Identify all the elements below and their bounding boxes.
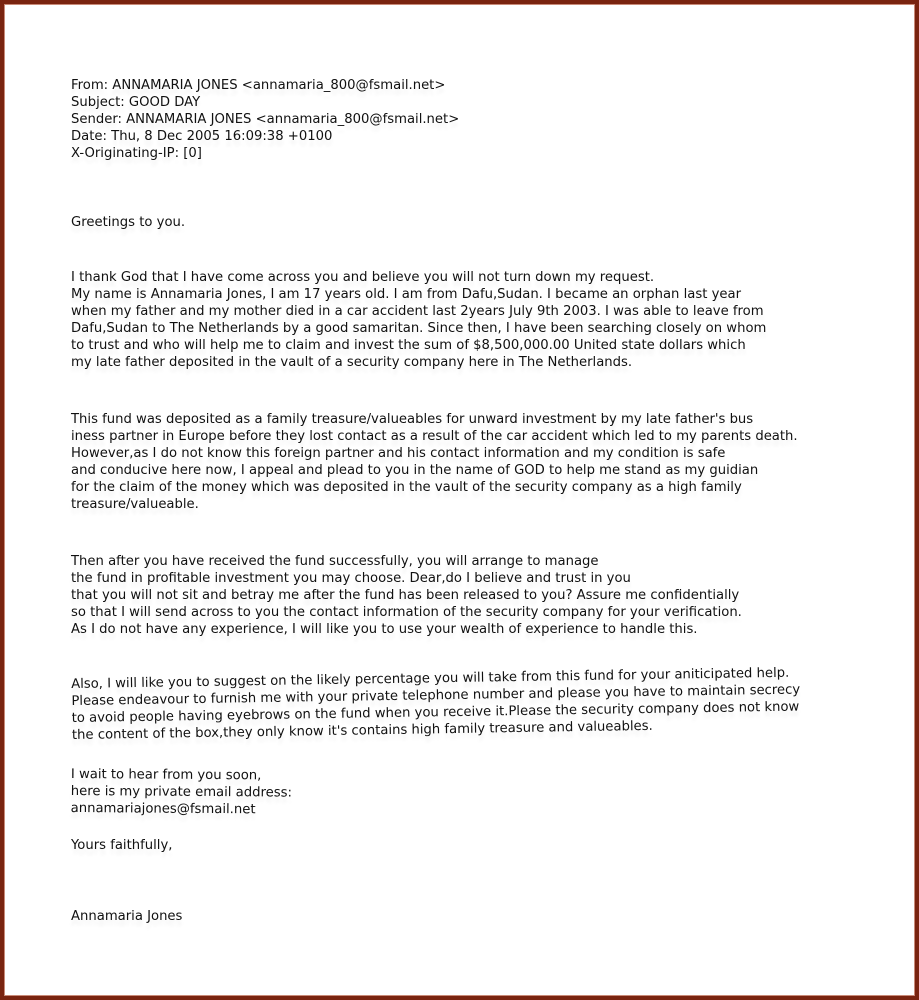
- body-line: my late father deposited in the vault of…: [71, 354, 901, 371]
- email-headers: From: ANNAMARIA JONES <annamaria_800@fsm…: [71, 77, 901, 162]
- body-line: to trust and who will help me to claim a…: [71, 337, 901, 354]
- signoff: Yours faithfully,: [71, 837, 901, 854]
- body-line: that you will not sit and betray me afte…: [71, 587, 901, 604]
- greeting: Greetings to you.: [71, 214, 901, 231]
- header-subject: Subject: GOOD DAY: [71, 94, 901, 111]
- header-from: From: ANNAMARIA JONES <annamaria_800@fsm…: [71, 77, 901, 94]
- body-line: Then after you have received the fund su…: [71, 553, 901, 570]
- header-originating-ip: X-Originating-IP: [0]: [71, 145, 901, 162]
- header-sender: Sender: ANNAMARIA JONES <annamaria_800@f…: [71, 111, 901, 128]
- greeting-text: Greetings to you.: [71, 214, 901, 231]
- body-line: and conducive here now, I appeal and ple…: [71, 462, 901, 479]
- body-line: Dafu,Sudan to The Netherlands by a good …: [71, 320, 901, 337]
- body-line: I thank God that I have come across you …: [71, 269, 901, 286]
- paragraph-fund: This fund was deposited as a family trea…: [71, 411, 901, 513]
- document-frame: From: ANNAMARIA JONES <annamaria_800@fsm…: [0, 0, 919, 1000]
- paragraph-percentage: Also, I will like you to suggest on the …: [71, 663, 902, 744]
- body-line: However,as I do not know this foreign pa…: [71, 445, 901, 462]
- paragraph-intro: I thank God that I have come across you …: [71, 269, 901, 371]
- closing: I wait to hear from you soon, here is my…: [71, 766, 901, 823]
- body-line: As I do not have any experience, I will …: [71, 621, 901, 638]
- signoff-text: Yours faithfully,: [71, 837, 901, 854]
- header-date: Date: Thu, 8 Dec 2005 16:09:38 +0100: [71, 128, 901, 145]
- body-line: My name is Annamaria Jones, I am 17 year…: [71, 286, 901, 303]
- body-line: so that I will send across to you the co…: [71, 604, 901, 621]
- signature: Annamaria Jones: [71, 908, 901, 925]
- body-line: This fund was deposited as a family trea…: [71, 411, 901, 428]
- body-line: iness partner in Europe before they lost…: [71, 428, 901, 445]
- body-line: when my father and my mother died in a c…: [71, 303, 901, 320]
- paragraph-management: Then after you have received the fund su…: [71, 553, 901, 638]
- signature-name: Annamaria Jones: [71, 908, 901, 925]
- body-line: for the claim of the money which was dep…: [71, 479, 901, 496]
- body-line: the fund in profitable investment you ma…: [71, 570, 901, 587]
- email-document: From: ANNAMARIA JONES <annamaria_800@fsm…: [71, 77, 901, 925]
- body-line: treasure/valueable.: [71, 496, 901, 513]
